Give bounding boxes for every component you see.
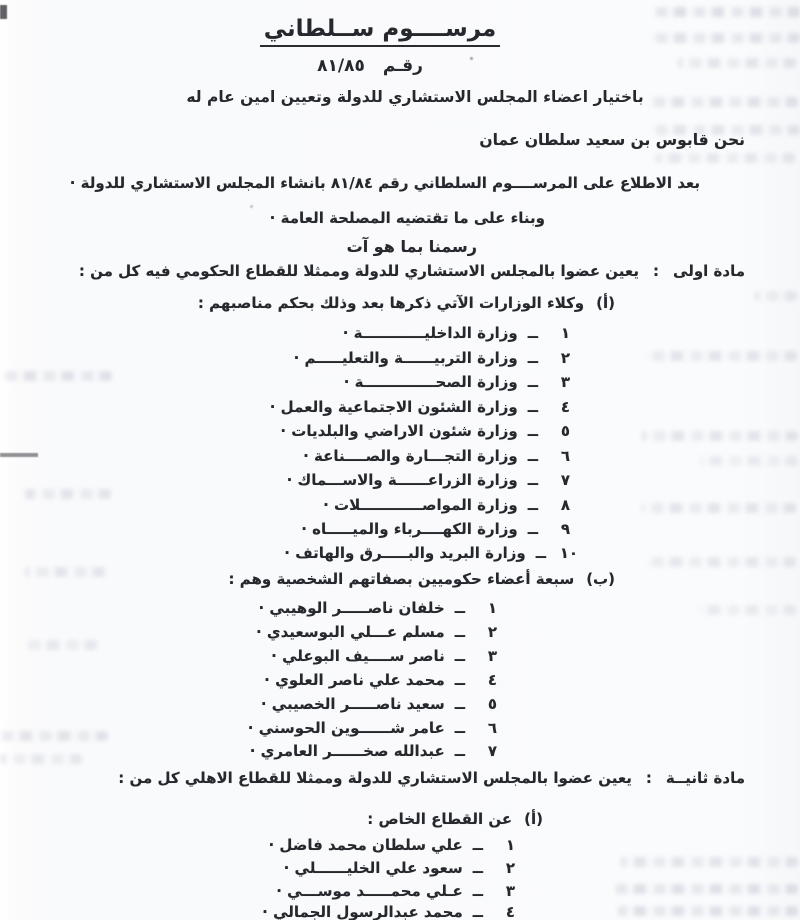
scan-speckle [250, 205, 253, 208]
member-row: ٥ــسعيد ناصـــــر الخصيبي · [261, 695, 497, 713]
row-dash: ــ [528, 422, 538, 440]
bleed-through-line [25, 567, 105, 577]
row-dash: ــ [455, 599, 465, 617]
row-dash: ــ [455, 719, 465, 737]
clause-b-text: سبعة أعضاء حكوميين بصفاتهم الشخصية وهم : [229, 569, 575, 589]
ministry-row: ٣ــوزارة الصحــــــــــــــة · [344, 373, 570, 391]
row-dash: ــ [473, 903, 483, 920]
bleed-through-line [700, 456, 798, 466]
recital-line-1: بعد الاطلاع على المرســــوم السلطاني رقم… [70, 173, 700, 193]
decree-title-text: مرســــوم ســلطاني [260, 16, 501, 47]
row-number: ١٠ [554, 544, 578, 562]
member-name: علي سلطان محمد فاضل · [269, 836, 463, 854]
ministry-name: وزارة التجـــارة والصــــناعة · [303, 447, 518, 465]
member-row: ١ــخلفان ناصـــــر الوهيبي · [258, 599, 497, 617]
row-number: ٥ [546, 422, 570, 440]
article-1-colon: : [653, 261, 659, 281]
ministry-row: ١٠ــوزارة البريد والبـــــرق والهاتف · [284, 544, 578, 562]
bleed-through-line [700, 605, 796, 615]
row-number: ٣ [491, 882, 515, 900]
article-2-clause-a: (أ) عن القطاع الخاص : [367, 809, 543, 829]
decree-subject: باختيار اعضاء المجلس الاستشاري للدولة وت… [15, 88, 800, 106]
row-number: ٣ [473, 647, 497, 665]
decree-scan-page: مرســــوم ســلطاني رقـم٨١/٨٥ باختيار اعض… [0, 0, 800, 920]
bleed-through-line [646, 557, 796, 567]
member-name: سعيد ناصـــــر الخصيبي · [261, 695, 445, 713]
article-1-label: مادة اولى [673, 261, 745, 281]
row-number: ٩ [546, 520, 570, 538]
row-dash: ــ [455, 671, 465, 689]
clause-a2-label: (أ) [524, 809, 543, 829]
ministry-name: وزارة البريد والبـــــرق والهاتف · [284, 544, 525, 562]
member-name: خلفان ناصـــــر الوهيبي · [258, 599, 444, 617]
ministry-name: وزارة الداخليــــــــــــة · [343, 324, 518, 342]
row-dash: ــ [536, 544, 546, 562]
clause-b-label: (ب) [586, 569, 615, 589]
bleed-through-line [620, 857, 798, 867]
private-member-row: ٤ــمحمد عبدالرسول الجمالي · [262, 903, 515, 920]
bleed-through-line [0, 371, 112, 381]
bleed-through-line [645, 351, 797, 361]
article-2-colon: : [646, 768, 652, 788]
decree-number-value: ٨١/٨٥ [317, 56, 365, 76]
bleed-through-line [0, 731, 108, 741]
ministry-name: وزارة الصحــــــــــــــة · [344, 373, 518, 391]
member-name: عـلي محمـــــد موســـي · [276, 882, 463, 900]
bleed-through-line [618, 906, 798, 916]
article-1-text: يعين عضوا بالمجلس الاستشاري للدولة وممثل… [79, 261, 639, 281]
bleed-through-line [0, 754, 82, 764]
member-name: سعود علي الخليــــــلي · [284, 859, 463, 877]
row-dash: ــ [455, 647, 465, 665]
private-member-row: ٢ــسعود علي الخليــــــلي · [284, 859, 515, 877]
row-dash: ــ [528, 471, 538, 489]
ministry-row: ١ــوزارة الداخليــــــــــــة · [343, 324, 570, 342]
row-number: ٣ [546, 373, 570, 391]
row-dash: ــ [528, 349, 538, 367]
ministry-name: وزارة الشئون الاجتماعية والعمل · [270, 398, 518, 416]
member-name: عامر شــــــوين الحوسني · [248, 719, 445, 737]
recital-line-2: وبناء على ما تقتضيه المصلحة العامة · [270, 208, 545, 228]
ministry-row: ٥ــوزارة شئون الاراضي والبلديات · [280, 422, 570, 440]
ministry-name: وزارة المواصــــــــــــلات · [323, 496, 518, 514]
member-name: عبدالله صخــــــر العامري · [250, 742, 445, 760]
article-1-heading: مادة اولى : يعين عضوا بالمجلس الاستشاري … [79, 261, 745, 281]
row-dash: ــ [528, 398, 538, 416]
row-number: ٦ [546, 447, 570, 465]
row-dash: ــ [473, 836, 483, 854]
row-number: ٤ [473, 671, 497, 689]
row-dash: ــ [528, 496, 538, 514]
row-number: ١ [491, 836, 515, 854]
member-name: محمد علي ناصر العلوي · [264, 671, 445, 689]
ministry-row: ٦ــوزارة التجـــارة والصــــناعة · [303, 447, 570, 465]
row-number: ٢ [546, 349, 570, 367]
row-dash: ــ [528, 324, 538, 342]
member-row: ٤ــمحمد علي ناصر العلوي · [264, 671, 497, 689]
clause-a-text: وكلاء الوزارات الآتي ذكرها بعد وذلك بحكم… [198, 293, 584, 313]
decree-subject-text: باختيار اعضاء المجلس الاستشاري للدولة وت… [186, 88, 643, 106]
article-1-clause-b: (ب) سبعة أعضاء حكوميين بصفاتهم الشخصية و… [229, 569, 615, 589]
row-dash: ــ [455, 695, 465, 713]
row-dash: ــ [455, 742, 465, 760]
scan-dash-mark [0, 453, 38, 457]
member-row: ٦ــعامر شــــــوين الحوسني · [248, 719, 497, 737]
sovereign-line: نحن قابوس بن سعيد سلطان عمان [479, 130, 745, 150]
row-number: ٢ [491, 859, 515, 877]
bleed-through-line [25, 640, 97, 650]
row-number: ٨ [546, 496, 570, 514]
row-number: ٦ [473, 719, 497, 737]
ministry-name: وزارة التربيــــــة والتعليـــــم · [294, 349, 518, 367]
private-member-row: ١ــعلي سلطان محمد فاضل · [269, 836, 515, 854]
article-2-text: يعين عضوا بالمجلس الاستشاري للدولة وممثل… [118, 768, 632, 788]
enactment-line: رسمنا بما هو آت [347, 237, 477, 257]
bleed-through-line [642, 431, 798, 441]
member-row: ٧ــعبدالله صخــــــر العامري · [250, 742, 497, 760]
row-dash: ــ [455, 623, 465, 641]
ministry-row: ٩ــوزارة الكهــــرباء والميـــــاه · [301, 520, 570, 538]
bleed-through-line [642, 503, 796, 513]
clause-a-label: (أ) [596, 293, 615, 313]
member-row: ٢ــمسلم عـــلي البوسعيدي · [256, 623, 497, 641]
row-number: ٧ [546, 471, 570, 489]
bleed-through-line [655, 153, 795, 163]
clause-a2-text: عن القطاع الخاص : [367, 809, 512, 829]
member-row: ٣ــناصر ســــيف البوعلي · [271, 647, 497, 665]
row-number: ١ [473, 599, 497, 617]
ministry-name: وزارة الكهــــرباء والميـــــاه · [301, 520, 518, 538]
ministry-row: ٧ــوزارة الزراعــــــة والاســـماك · [287, 471, 570, 489]
decree-title: مرســــوم ســلطاني [0, 16, 780, 42]
member-name: مسلم عـــلي البوسعيدي · [256, 623, 445, 641]
bleed-through-line [615, 884, 798, 894]
row-number: ٧ [473, 742, 497, 760]
row-dash: ــ [528, 373, 538, 391]
ministry-name: وزارة شئون الاراضي والبلديات · [280, 422, 517, 440]
member-name: محمد عبدالرسول الجمالي · [262, 903, 463, 920]
private-member-row: ٣ــعـلي محمـــــد موســـي · [276, 882, 515, 900]
row-dash: ــ [473, 882, 483, 900]
row-number: ١ [546, 324, 570, 342]
bleed-through-line [25, 489, 111, 499]
row-dash: ــ [528, 520, 538, 538]
row-number: ٤ [491, 903, 515, 920]
row-number: ٤ [546, 398, 570, 416]
bleed-through-line [755, 291, 797, 301]
row-dash: ــ [528, 447, 538, 465]
article-2-label: مادة ثانيــة [666, 768, 745, 788]
member-name: ناصر ســــيف البوعلي · [271, 647, 445, 665]
ministry-name: وزارة الزراعــــــة والاســـماك · [287, 471, 518, 489]
article-1-clause-a: (أ) وكلاء الوزارات الآتي ذكرها بعد وذلك … [198, 293, 615, 313]
decree-number-line: رقـم٨١/٨٥ [0, 56, 770, 76]
ministry-row: ٢ــوزارة التربيــــــة والتعليـــــم · [294, 349, 570, 367]
ministry-row: ٤ــوزارة الشئون الاجتماعية والعمل · [270, 398, 570, 416]
row-number: ٥ [473, 695, 497, 713]
row-dash: ــ [473, 859, 483, 877]
decree-number-label: رقـم [383, 56, 423, 76]
row-number: ٢ [473, 623, 497, 641]
ministry-row: ٨ــوزارة المواصــــــــــــلات · [323, 496, 570, 514]
article-2-heading: مادة ثانيــة : يعين عضوا بالمجلس الاستشا… [118, 768, 745, 788]
